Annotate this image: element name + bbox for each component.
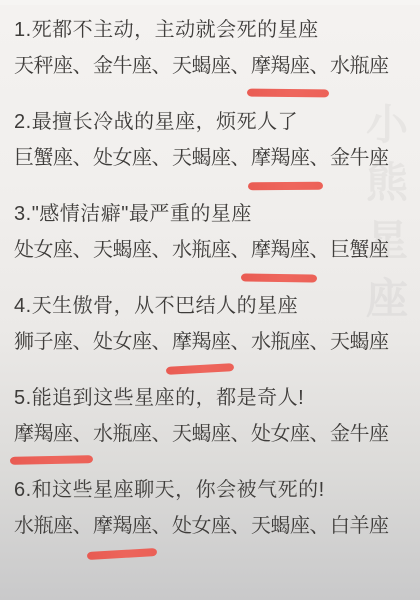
section-number: 3.	[14, 203, 32, 225]
zodiac-sign: 白羊座	[330, 508, 389, 545]
list-separator: 、	[310, 48, 330, 85]
zodiac-sign: 天秤座	[14, 48, 73, 85]
list-separator: 、	[231, 140, 251, 177]
sign-list: 水瓶座、摩羯座、处女座、天蝎座、白羊座	[14, 508, 410, 545]
zodiac-sign: 水瓶座	[172, 232, 231, 269]
list-separator: 、	[73, 232, 93, 269]
section-title: 最擅长冷战的星座，烦死人了	[32, 111, 299, 133]
zodiac-section-5: 5.能追到这些星座的，都是奇人! 摩羯座、水瓶座、天蝎座、处女座、金牛座	[14, 381, 410, 453]
section-heading: 2.最擅长冷战的星座，烦死人了	[14, 105, 410, 140]
list-separator: 、	[231, 508, 251, 545]
zodiac-sign: 金牛座	[330, 416, 389, 453]
list-separator: 、	[152, 416, 172, 453]
zodiac-sign: 处女座	[251, 416, 310, 453]
section-heading: 5.能追到这些星座的，都是奇人!	[14, 381, 410, 416]
zodiac-sign: 摩羯座	[14, 416, 73, 453]
section-title: 死都不主动，主动就会死的星座	[32, 19, 319, 41]
list-separator: 、	[152, 508, 172, 545]
list-separator: 、	[310, 140, 330, 177]
zodiac-sign: 摩羯座	[251, 140, 310, 177]
list-separator: 、	[73, 48, 93, 85]
section-title: 和这些星座聊天，你会被气死的!	[32, 479, 325, 501]
zodiac-sign: 水瓶座	[14, 508, 73, 545]
zodiac-sign: 处女座	[172, 508, 231, 545]
list-separator: 、	[231, 416, 251, 453]
section-number: 2.	[14, 111, 32, 133]
zodiac-sign: 处女座	[93, 140, 152, 177]
zodiac-sign: 摩羯座	[172, 324, 231, 361]
sign-list: 处女座、天蝎座、水瓶座、摩羯座、巨蟹座	[14, 232, 410, 269]
section-heading: 6.和这些星座聊天，你会被气死的!	[14, 473, 410, 508]
zodiac-sign: 处女座	[93, 324, 152, 361]
zodiac-sign: 天蝎座	[93, 232, 152, 269]
section-title: 天生傲骨，从不巴结人的星座	[32, 295, 299, 317]
zodiac-sign: 天蝎座	[251, 508, 310, 545]
zodiac-section-1: 1.死都不主动，主动就会死的星座 天秤座、金牛座、天蝎座、摩羯座、水瓶座	[14, 13, 410, 85]
zodiac-sign: 摩羯座	[93, 508, 152, 545]
photo-top-edge	[0, 0, 420, 5]
list-separator: 、	[231, 324, 251, 361]
zodiac-sign: 天蝎座	[172, 416, 231, 453]
zodiac-sign: 巨蟹座	[14, 140, 73, 177]
zodiac-sign: 金牛座	[330, 140, 389, 177]
sign-list: 狮子座、处女座、摩羯座、水瓶座、天蝎座	[14, 324, 410, 361]
list-separator: 、	[310, 508, 330, 545]
list-separator: 、	[152, 48, 172, 85]
list-separator: 、	[231, 48, 251, 85]
zodiac-sign: 水瓶座	[330, 48, 389, 85]
zodiac-section-2: 2.最擅长冷战的星座，烦死人了 巨蟹座、处女座、天蝎座、摩羯座、金牛座	[14, 105, 410, 177]
section-number: 6.	[14, 479, 32, 501]
list-separator: 、	[73, 140, 93, 177]
list-separator: 、	[152, 324, 172, 361]
sign-list: 巨蟹座、处女座、天蝎座、摩羯座、金牛座	[14, 140, 410, 177]
zodiac-sign: 摩羯座	[251, 232, 310, 269]
zodiac-section-3: 3."感情洁癖"最严重的星座 处女座、天蝎座、水瓶座、摩羯座、巨蟹座	[14, 197, 410, 269]
zodiac-sign: 水瓶座	[93, 416, 152, 453]
section-number: 5.	[14, 387, 32, 409]
list-separator: 、	[310, 232, 330, 269]
section-number: 4.	[14, 295, 32, 317]
zodiac-sign: 金牛座	[93, 48, 152, 85]
section-heading: 3."感情洁癖"最严重的星座	[14, 197, 410, 232]
list-separator: 、	[231, 232, 251, 269]
section-heading: 4.天生傲骨，从不巴结人的星座	[14, 289, 410, 324]
list-separator: 、	[152, 140, 172, 177]
section-number: 1.	[14, 19, 32, 41]
zodiac-list-page: 1.死都不主动，主动就会死的星座 天秤座、金牛座、天蝎座、摩羯座、水瓶座 2.最…	[0, 0, 420, 545]
zodiac-sign: 天蝎座	[172, 48, 231, 85]
list-separator: 、	[310, 416, 330, 453]
zodiac-sign: 狮子座	[14, 324, 73, 361]
zodiac-sign: 天蝎座	[172, 140, 231, 177]
zodiac-section-6: 6.和这些星座聊天，你会被气死的! 水瓶座、摩羯座、处女座、天蝎座、白羊座	[14, 473, 410, 545]
list-separator: 、	[73, 324, 93, 361]
section-title: 能追到这些星座的，都是奇人!	[32, 387, 305, 409]
list-separator: 、	[73, 508, 93, 545]
zodiac-section-4: 4.天生傲骨，从不巴结人的星座 狮子座、处女座、摩羯座、水瓶座、天蝎座	[14, 289, 410, 361]
zodiac-sign: 水瓶座	[251, 324, 310, 361]
zodiac-sign: 处女座	[14, 232, 73, 269]
zodiac-sign: 天蝎座	[330, 324, 389, 361]
sign-list: 天秤座、金牛座、天蝎座、摩羯座、水瓶座	[14, 48, 410, 85]
section-heading: 1.死都不主动，主动就会死的星座	[14, 13, 410, 48]
zodiac-sign: 摩羯座	[251, 48, 310, 85]
section-title: "感情洁癖"最严重的星座	[32, 203, 252, 225]
list-separator: 、	[73, 416, 93, 453]
zodiac-sign: 巨蟹座	[330, 232, 389, 269]
sign-list: 摩羯座、水瓶座、天蝎座、处女座、金牛座	[14, 416, 410, 453]
list-separator: 、	[152, 232, 172, 269]
list-separator: 、	[310, 324, 330, 361]
